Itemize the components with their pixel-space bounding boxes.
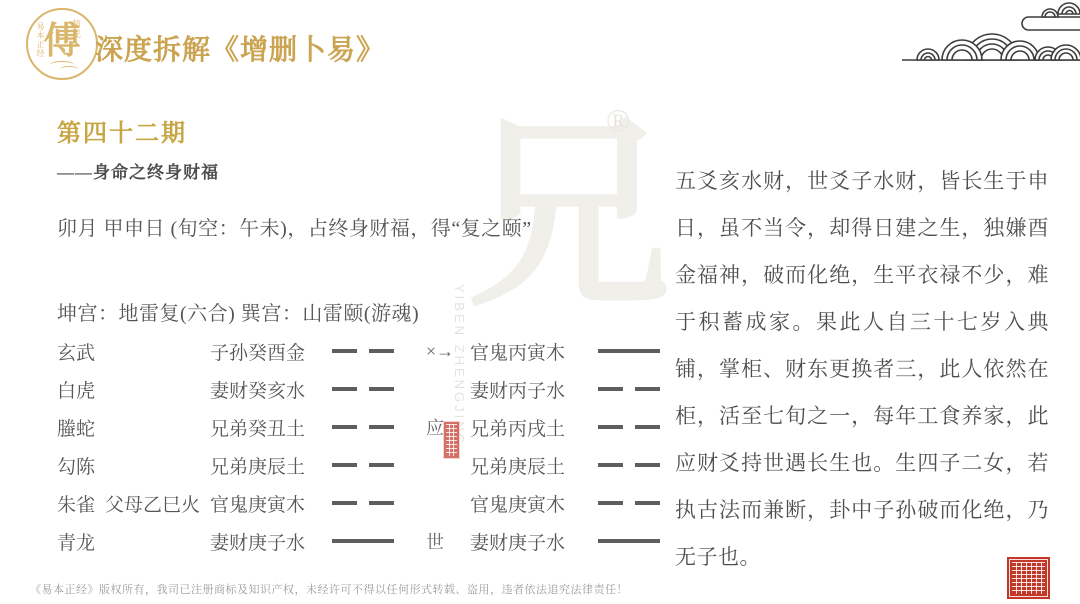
copyright-notice: 《易本正经》版权所有，我司已注册商标及知识产权，未经许可不得以任何形式转载、盗用… xyxy=(30,581,628,597)
fushen-label: 父母乙巳火 xyxy=(105,490,210,517)
left-yao-line xyxy=(332,387,420,391)
left-yao-label: 兄弟庚辰土 xyxy=(210,452,332,479)
right-yao-label: 妻财庚子水 xyxy=(470,528,598,555)
left-yao-mark: 应 xyxy=(420,414,470,440)
right-yao-line xyxy=(598,349,668,353)
right-yao-line xyxy=(598,501,668,505)
left-yao-line xyxy=(332,425,420,429)
issue-subtitle: ——身命之终身财福 xyxy=(57,158,219,183)
left-yao-label: 官鬼庚寅木 xyxy=(210,490,332,517)
hexagram-row: 螣蛇 兄弟癸丑土 应 兄弟丙戌土 xyxy=(57,408,668,446)
right-yao-line xyxy=(598,387,668,391)
clouds-decoration-icon xyxy=(900,0,1080,75)
right-yao-label: 兄弟丙戌土 xyxy=(470,414,598,441)
left-yao-line xyxy=(332,349,420,353)
logo-wave-decoration xyxy=(60,66,78,72)
six-god-label: 朱雀 xyxy=(57,490,105,517)
six-god-label: 玄武 xyxy=(57,338,105,365)
page-title: 深度拆解《增删卜易》 xyxy=(95,28,385,68)
left-yao-label: 兄弟癸丑土 xyxy=(210,414,332,441)
registered-trademark-icon: ® xyxy=(606,102,630,139)
hexagram-row: 勾陈 兄弟庚辰土 兄弟庚辰土 xyxy=(57,446,668,484)
page: { "header": { "logo": { "main_char": "傅"… xyxy=(0,0,1080,604)
right-yao-label: 官鬼庚寅木 xyxy=(470,490,598,517)
right-yao-line xyxy=(598,463,668,467)
right-yao-line xyxy=(598,425,668,429)
left-yao-line xyxy=(332,539,420,543)
issue-title: 第四十二期 xyxy=(57,113,187,148)
analysis-paragraph: 五爻亥水财，世爻子水财，皆长生于申日，虽不当令，却得日建之生，独嫌酉金福神，破而… xyxy=(675,158,1049,581)
corner-seal-icon xyxy=(1007,557,1050,599)
logo-main-character: 傅 xyxy=(28,23,96,60)
brand-logo: 易本正经 傅 师兄 xyxy=(26,8,98,80)
hexagram-row: 朱雀 父母乙巳火 官鬼庚寅木 官鬼庚寅木 xyxy=(57,484,668,522)
left-yao-mark: 世 xyxy=(420,528,470,554)
six-god-label: 勾陈 xyxy=(57,452,105,479)
palace-line: 坤宫：地雷复(六合) 巽宫：山雷颐(游魂) xyxy=(57,297,419,326)
right-yao-line xyxy=(598,539,668,543)
left-yao-line xyxy=(332,463,420,467)
hexagram-row: 白虎 妻财癸亥水 妻财丙子水 xyxy=(57,370,668,408)
left-yao-mark: ×→ xyxy=(420,341,470,362)
six-god-label: 螣蛇 xyxy=(57,414,105,441)
left-yao-label: 妻财庚子水 xyxy=(210,528,332,555)
right-yao-label: 官鬼丙寅木 xyxy=(470,338,598,365)
hexagram-table: 玄武 子孙癸酉金 ×→ 官鬼丙寅木 白虎 妻财癸亥水 妻财丙子水 螣蛇 兄弟癸丑… xyxy=(57,332,668,560)
right-yao-label: 兄弟庚辰土 xyxy=(470,452,598,479)
right-yao-label: 妻财丙子水 xyxy=(470,376,598,403)
left-yao-label: 子孙癸酉金 xyxy=(210,338,332,365)
hexagram-row: 玄武 子孙癸酉金 ×→ 官鬼丙寅木 xyxy=(57,332,668,370)
hexagram-row: 青龙 妻财庚子水 世 妻财庚子水 xyxy=(57,522,668,560)
six-god-label: 白虎 xyxy=(57,376,105,403)
left-yao-label: 妻财癸亥水 xyxy=(210,376,332,403)
six-god-label: 青龙 xyxy=(57,528,105,555)
logo-right-text: 师兄 xyxy=(70,19,83,39)
left-yao-line xyxy=(332,501,420,505)
divination-case-line: 卯月 甲申日 (旬空：午未)，占终身财福，得“复之颐” xyxy=(57,212,532,241)
